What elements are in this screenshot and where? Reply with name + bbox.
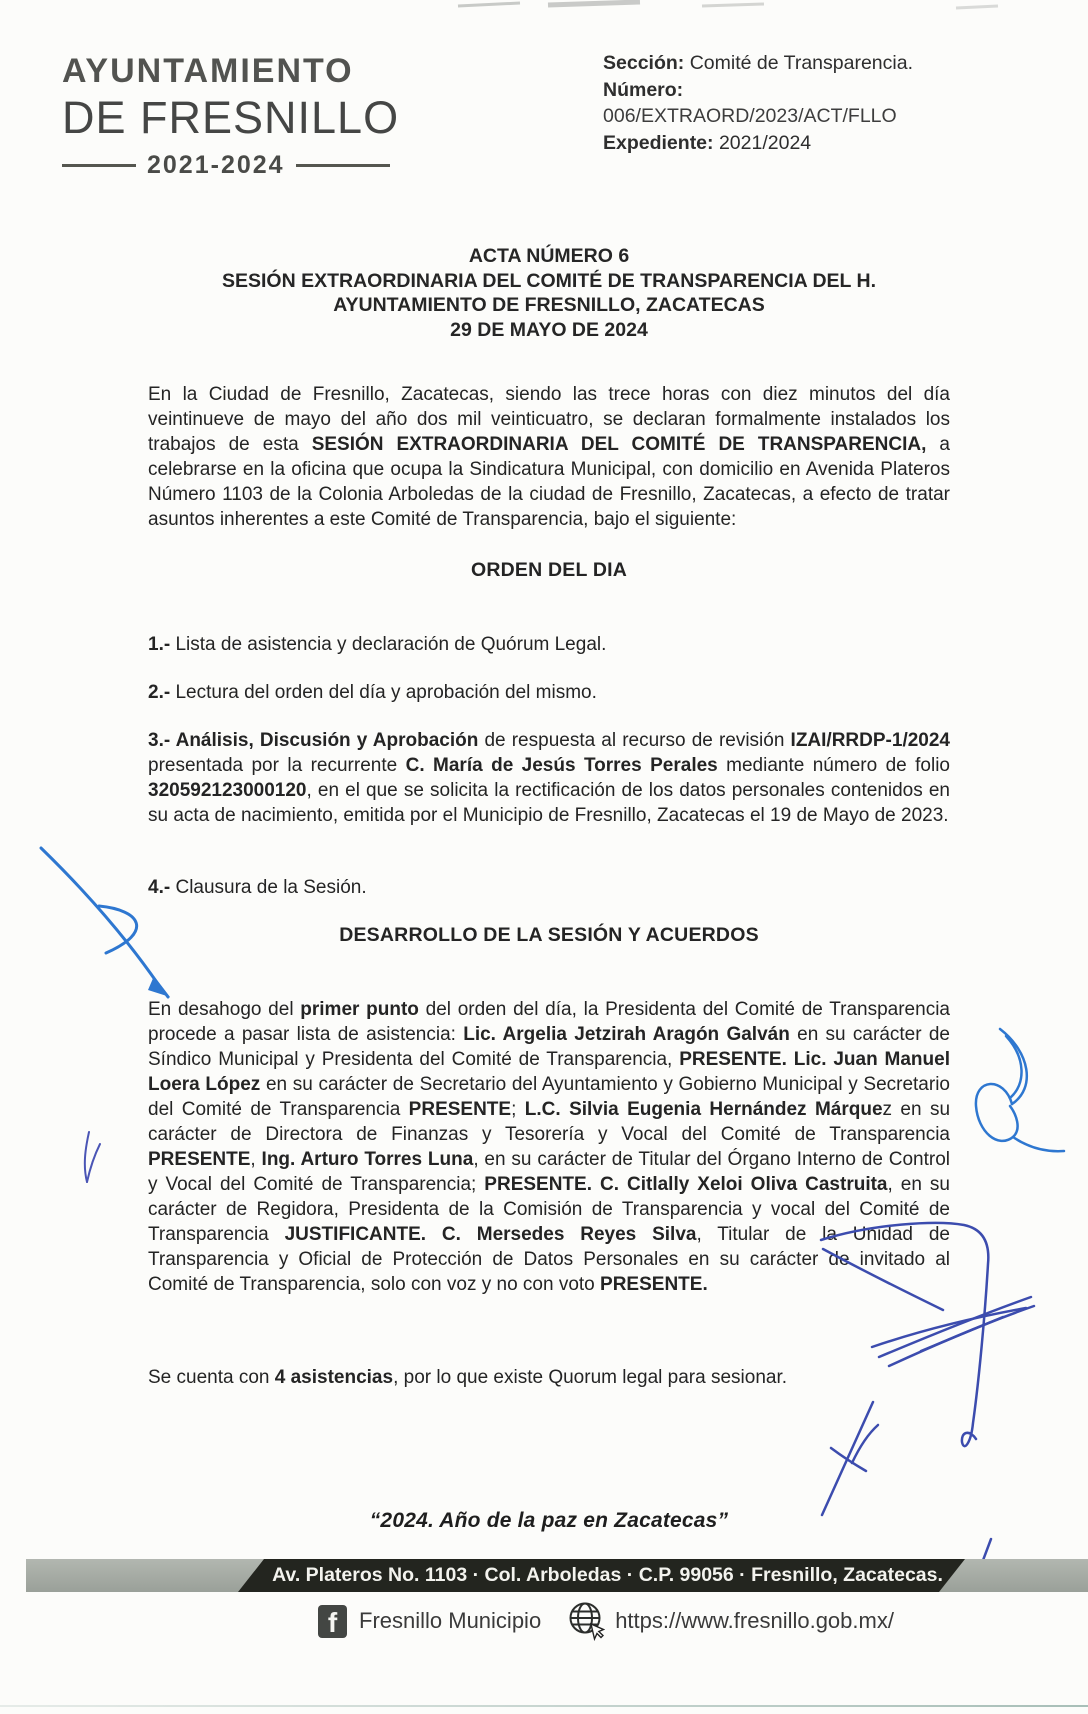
meta-expediente: Expediente: 2021/2024 xyxy=(603,130,913,157)
cursor-arrow-icon xyxy=(591,1624,604,1639)
footer-address-banner: Av. Plateros No. 1103 · Col. Arboledas ·… xyxy=(238,1559,965,1592)
intro-paragraph: En la Ciudad de Fresnillo, Zacatecas, si… xyxy=(148,382,950,532)
meta-expediente-label: Expediente: xyxy=(603,132,714,154)
facebook-page-name: Fresnillo Municipio xyxy=(359,1608,541,1634)
meta-seccion: Sección: Comité de Transparencia. xyxy=(603,50,913,77)
logo-line-fresnillo: DE FRESNILLO xyxy=(62,92,396,144)
pen-stroke-left-check xyxy=(41,848,168,997)
logo-years: 2021-2024 xyxy=(62,151,396,180)
globe-icon xyxy=(567,1600,605,1642)
logo-line-ayuntamiento: AYUNTAMIENTO xyxy=(62,52,396,91)
scanned-document-page: AYUNTAMIENTO DE FRESNILLO 2021-2024 Secc… xyxy=(0,0,1088,1714)
orden-item-4: 4.- Clausura de la Sesión. xyxy=(148,875,950,900)
year-slogan: “2024. Año de la paz en Zacatecas” xyxy=(148,1509,950,1533)
meta-expediente-value: 2021/2024 xyxy=(719,132,811,154)
ayuntamiento-logo: AYUNTAMIENTO DE FRESNILLO 2021-2024 xyxy=(62,52,396,180)
logo-rule-right xyxy=(296,164,390,167)
orden-item-2: 2.- Lectura del orden del día y aprobaci… xyxy=(148,680,950,705)
quorum-line: Se cuenta con 4 asistencias, por lo que … xyxy=(148,1365,950,1390)
orden-del-dia-heading: ORDEN DEL DIA xyxy=(148,559,950,582)
logo-years-label: 2021-2024 xyxy=(147,151,285,180)
title-line-3: AYUNTAMIENTO DE FRESNILLO, ZACATECAS xyxy=(148,293,950,318)
document-title: ACTA NÚMERO 6 SESIÓN EXTRAORDINARIA DEL … xyxy=(148,244,950,342)
scan-bottom-edge xyxy=(0,1705,1088,1707)
title-line-4: 29 DE MAYO DE 2024 xyxy=(148,318,950,343)
facebook-icon: f xyxy=(318,1605,347,1638)
desarrollo-paragraph: En desahogo del primer punto del orden d… xyxy=(148,997,950,1297)
website-url: https://www.fresnillo.gob.mx/ xyxy=(615,1608,894,1634)
pen-stroke-left-small xyxy=(85,1132,100,1182)
title-line-1: ACTA NÚMERO 6 xyxy=(148,244,950,269)
meta-numero-value: 006/EXTRAORD/2023/ACT/FLLO xyxy=(603,105,897,127)
orden-item-3: 3.- Análisis, Discusión y Aprobación de … xyxy=(148,728,950,828)
logo-rule-left xyxy=(62,164,136,167)
meta-numero-label: Número: xyxy=(603,79,683,101)
footer-social-row: f Fresnillo Municipio https://www.fresni… xyxy=(318,1600,894,1642)
document-meta: Sección: Comité de Transparencia. Número… xyxy=(603,50,913,156)
pen-arrowhead xyxy=(148,976,170,997)
meta-seccion-value: Comité de Transparencia. xyxy=(690,52,913,74)
title-line-2: SESIÓN EXTRAORDINARIA DEL COMITÉ DE TRAN… xyxy=(148,269,950,294)
orden-item-1: 1.- Lista de asistencia y declaración de… xyxy=(148,632,950,657)
meta-seccion-label: Sección: xyxy=(603,52,684,74)
pen-stroke-lower-diagonal xyxy=(822,1402,991,1563)
scan-artifacts xyxy=(0,0,1088,20)
footer-address: Av. Plateros No. 1103 · Col. Arboledas ·… xyxy=(260,1564,943,1587)
meta-numero-label-row: Número: xyxy=(603,77,913,104)
pen-stroke-right-cursive xyxy=(976,1029,1064,1151)
desarrollo-heading: DESARROLLO DE LA SESIÓN Y ACUERDOS xyxy=(148,924,950,947)
meta-numero-value-row: 006/EXTRAORD/2023/ACT/FLLO xyxy=(603,103,913,130)
